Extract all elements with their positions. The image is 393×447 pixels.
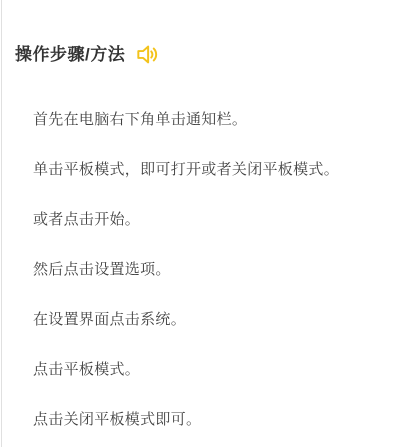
section-title: 操作步骤/方法 xyxy=(15,46,125,64)
step-text-6: 点击平板模式。 xyxy=(33,362,383,377)
article-panel: 操作步骤/方法 首先在电脑右下角单击通知栏。 单击平板模式，即可打开或者关闭平板… xyxy=(0,0,393,427)
speaker-icon[interactable] xyxy=(135,42,160,67)
section-header: 操作步骤/方法 xyxy=(15,42,383,67)
left-divider xyxy=(1,0,2,447)
step-text-5: 在设置界面点击系统。 xyxy=(33,312,383,327)
step-text-4: 然后点击设置选项。 xyxy=(33,262,383,277)
speaker-icon-glyph xyxy=(135,42,160,67)
step-text-2: 单击平板模式，即可打开或者关闭平板模式。 xyxy=(33,162,383,177)
step-text-3: 或者点击开始。 xyxy=(33,212,383,227)
step-text-1: 首先在电脑右下角单击通知栏。 xyxy=(33,112,383,127)
steps-list: 首先在电脑右下角单击通知栏。 单击平板模式，即可打开或者关闭平板模式。 或者点击… xyxy=(15,112,383,427)
step-text-7: 点击关闭平板模式即可。 xyxy=(33,412,383,427)
